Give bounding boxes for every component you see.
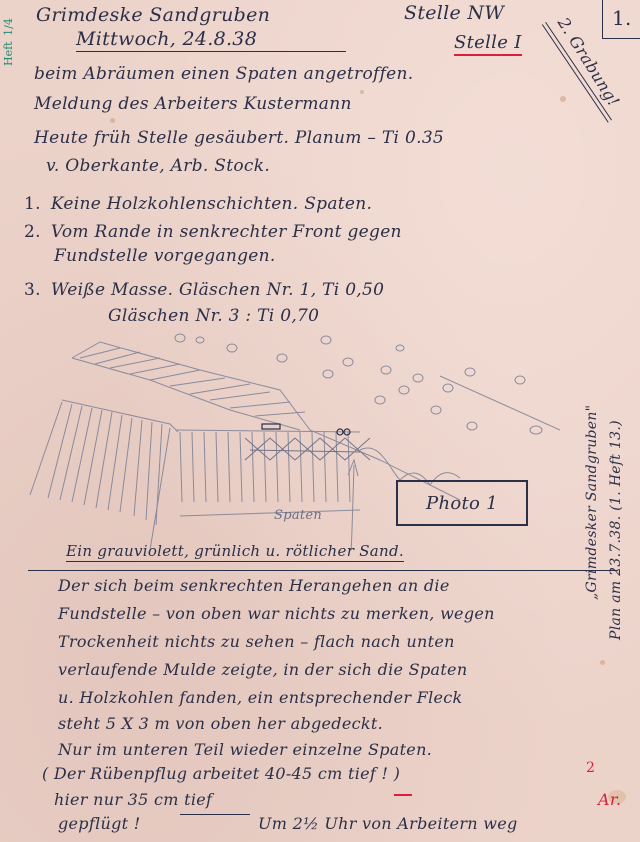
vertical-margin-note: „Grimdesker Sandgruben" Plan am 23.7.38.…: [580, 405, 628, 640]
section-heading: Ein grauviolett, grünlich u. rötlicher S…: [66, 542, 404, 560]
numbered-item: 3.Weiße Masse. Gläschen Nr. 1, Ti 0,50: [24, 280, 384, 300]
lower-line: hier nur 35 cm tief: [54, 790, 212, 809]
footer-line: Um 2½ Uhr von Arbeitern weg: [258, 814, 518, 833]
sketch-label-spaten: Spaten: [274, 508, 322, 523]
site-label: Stelle I: [454, 32, 522, 53]
red-initials-mark: Ar.: [598, 790, 621, 809]
lower-line: Fundstelle – von oben war nichts zu merk…: [58, 604, 495, 623]
stain: [560, 96, 566, 102]
red-underline: [394, 794, 412, 796]
body-line: beim Abräumen einen Spaten angetroffen.: [34, 64, 414, 84]
numbered-item-cont: Fundstelle vorgegangen.: [54, 246, 276, 266]
lower-line: Trockenheit nichts zu sehen – flach nach…: [58, 632, 455, 651]
numbered-item: 2.Vom Rande in senkrechter Front gegen: [24, 222, 402, 242]
notebook-page: 1. Heft 1/4 Grimdeske Sandgruben Mittwoc…: [0, 0, 640, 842]
location-label: Stelle NW: [404, 2, 504, 24]
stain: [600, 660, 605, 665]
lower-line: Der sich beim senkrechten Herangehen an …: [58, 576, 450, 595]
red-number-mark: 2: [586, 760, 595, 776]
lower-line: gepflügt !: [58, 814, 140, 833]
margin-note-teal: Heft 1/4: [2, 18, 15, 66]
stain: [360, 90, 364, 94]
numbered-item: 1.Keine Holzkohlenschichten. Spaten.: [24, 194, 372, 214]
lower-line: ( Der Rübenpflug arbeitet 40-45 cm tief …: [42, 764, 400, 783]
underline-35cm: [180, 814, 250, 815]
lower-line: verlaufende Mulde zeigte, in der sich di…: [58, 660, 467, 679]
lower-line: Nur im unteren Teil wieder einzelne Spat…: [58, 740, 432, 759]
body-line: v. Oberkante, Arb. Stock.: [46, 156, 270, 176]
section-divider: [28, 570, 618, 571]
header-title: Grimdeske Sandgruben: [36, 4, 270, 26]
stain: [110, 118, 115, 123]
lower-line: u. Holzkohlen fanden, ein entsprechender…: [58, 688, 463, 707]
header-date: Mittwoch, 24.8.38: [76, 28, 346, 52]
body-line: Meldung des Arbeiters Kustermann: [34, 94, 352, 114]
photo-reference-box: Photo 1: [396, 480, 528, 526]
lower-line: steht 5 X 3 m von oben her abgedeckt.: [58, 714, 383, 733]
site-label-text: Stelle I: [454, 32, 522, 56]
page-number: 1.: [612, 6, 632, 30]
photo-label: Photo 1: [426, 493, 498, 514]
body-line: Heute früh Stelle gesäubert. Planum – Ti…: [34, 128, 444, 148]
